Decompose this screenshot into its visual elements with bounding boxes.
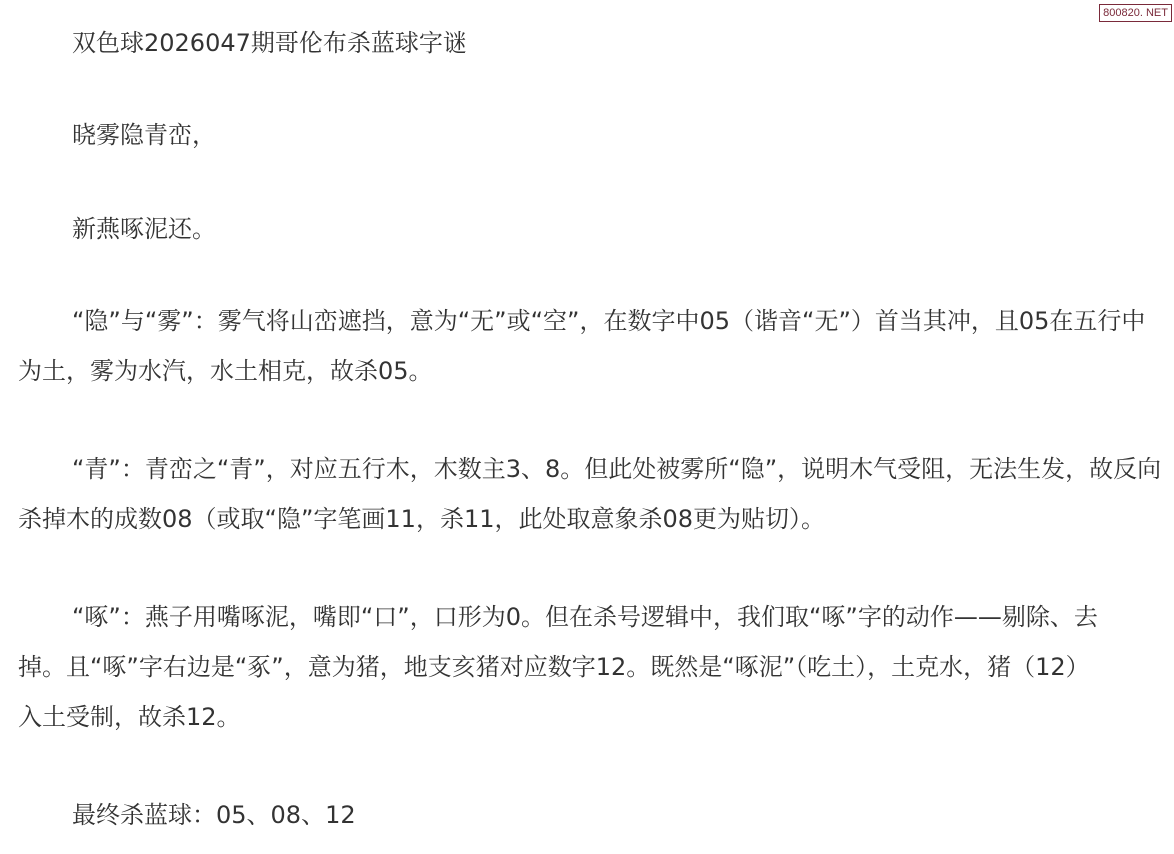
site-watermark: 800820. NET: [1099, 4, 1172, 22]
conclusion-text: 最终杀蓝球：05、08、12: [18, 790, 356, 840]
explanation-paragraph-2: “青”：青峦之“青”，对应五行木，木数主3、8。但此处被雾所“隐”，说明木气受阻…: [18, 444, 1168, 544]
explanation-paragraph-3: “啄”：燕子用嘴啄泥，嘴即“口”，口形为0。但在杀号逻辑中，我们取“啄”字的动作…: [18, 592, 1108, 742]
article-title: 双色球2026047期哥伦布杀蓝球字谜: [18, 18, 467, 68]
explanation-paragraph-1: “隐”与“雾”：雾气将山峦遮挡，意为“无”或“空”，在数字中05（谐音“无”）首…: [18, 296, 1168, 396]
riddle-line-2: 新燕啄泥还。: [18, 204, 216, 254]
riddle-line-1: 晓雾隐青峦，: [18, 110, 216, 160]
